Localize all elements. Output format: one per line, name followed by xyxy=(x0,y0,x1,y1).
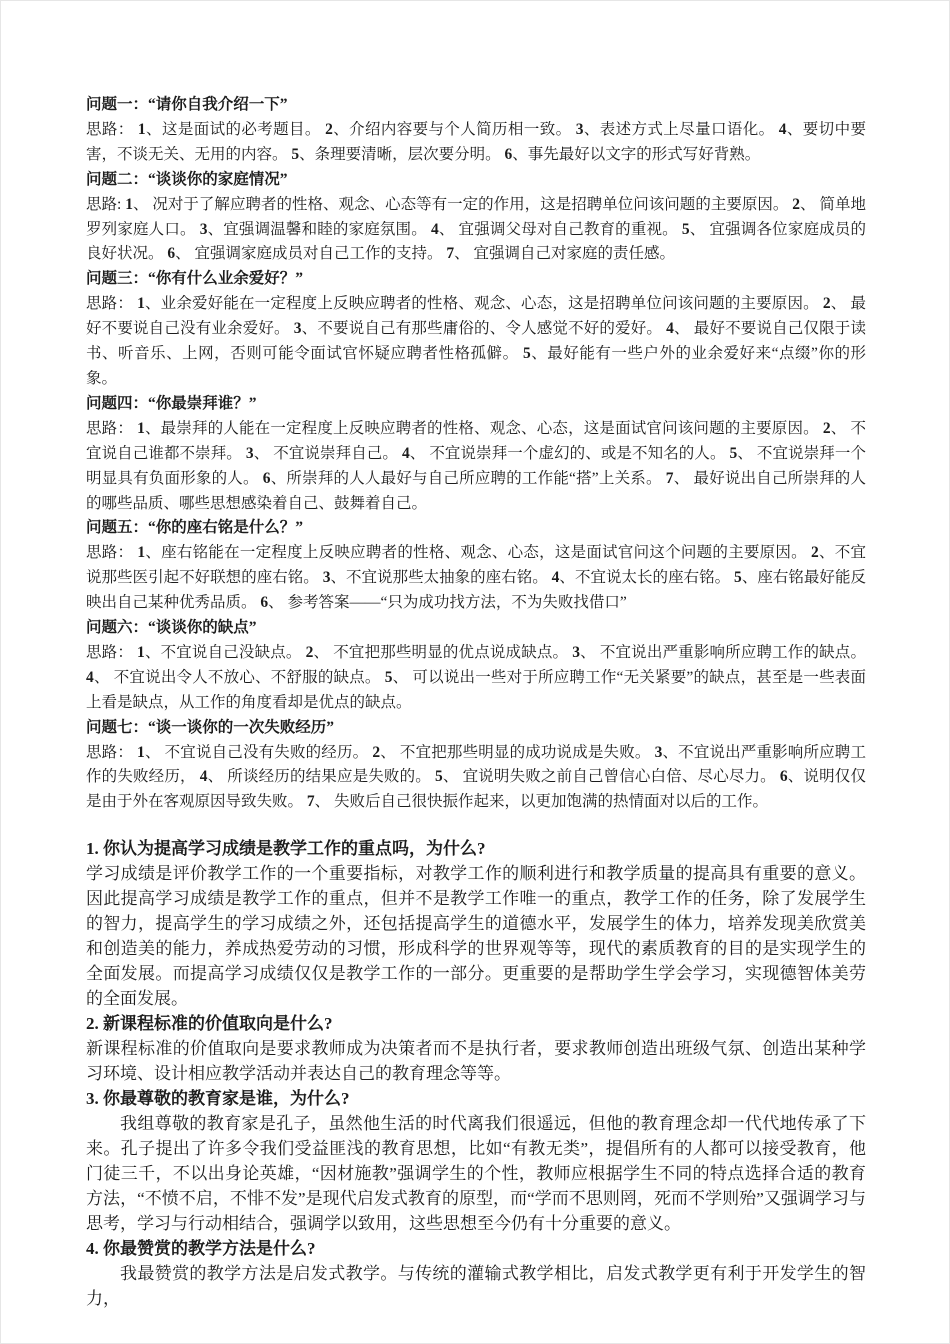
qa-answer: 我组尊敬的教育家是孔子，虽然他生活的时代离我们很遥远，但他的教育理念却一代代地传… xyxy=(86,1111,866,1236)
qa-question-text: 你最尊敬的教育家是谁，为什么? xyxy=(103,1089,350,1108)
question-heading: 问题七：“谈一谈你的一次失败经历” xyxy=(86,716,866,741)
qa-answer: 学习成绩是评价教学工作的一个重要指标，对教学工作的顺利进行和教学质量的提高具有重… xyxy=(86,861,866,1011)
qa-section: 3. 你最尊敬的教育家是谁，为什么?我组尊敬的教育家是孔子，虽然他生活的时代离我… xyxy=(86,1086,866,1236)
interview-section: 问题六：“谈谈你的缺点”思路： 1、不宜说自己没缺点。 2、 不宜把那些明显的优… xyxy=(86,616,866,716)
qa-number: 4. xyxy=(86,1239,99,1258)
question-tips: 思路： 1、业余爱好能在一定程度上反映应聘者的性格、观念、心态，这是招聘单位问该… xyxy=(86,292,866,392)
qa-number: 3. xyxy=(86,1089,99,1108)
interview-section: 问题二：“谈谈你的家庭情况”思路: 1、 况对于了解应聘者的性格、观念、心态等有… xyxy=(86,168,866,268)
qa-question-heading: 3. 你最尊敬的教育家是谁，为什么? xyxy=(86,1086,866,1111)
qa-section: 1. 你认为提高学习成绩是教学工作的重点吗，为什么?学习成绩是评价教学工作的一个… xyxy=(86,836,866,1011)
qa-question-text: 你最赞赏的教学方法是什么? xyxy=(103,1239,316,1258)
qa-question-heading: 1. 你认为提高学习成绩是教学工作的重点吗，为什么? xyxy=(86,836,866,861)
qa-answer: 新课程标准的价值取向是要求教师成为决策者而不是执行者，要求教师创造出班级气氛、创… xyxy=(86,1036,866,1086)
qa-question-text: 你认为提高学习成绩是教学工作的重点吗，为什么? xyxy=(103,839,486,858)
question-heading: 问题一：“请你自我介绍一下” xyxy=(86,93,866,118)
qa-section: 2. 新课程标准的价值取向是什么?新课程标准的价值取向是要求教师成为决策者而不是… xyxy=(86,1011,866,1086)
question-tips: 思路： 1、这是面试的必考题目。 2、介绍内容要与个人简历相一致。 3、表述方式… xyxy=(86,118,866,168)
question-tips: 思路： 1、不宜说自己没缺点。 2、 不宜把那些明显的优点说成缺点。 3、 不宜… xyxy=(86,641,866,716)
question-tips: 思路: 1、 况对于了解应聘者的性格、观念、心态等有一定的作用，这是招聘单位问该… xyxy=(86,193,866,268)
qa-number: 2. xyxy=(86,1014,99,1033)
qa-answer: 我最赞赏的教学方法是启发式教学。与传统的灌输式教学相比，启发式教学更有利于开发学… xyxy=(86,1261,866,1311)
question-heading: 问题五：“你的座右铭是什么？” xyxy=(86,516,866,541)
interview-section: 问题三：“你有什么业余爱好？”思路： 1、业余爱好能在一定程度上反映应聘者的性格… xyxy=(86,267,866,392)
teacher-qa: 1. 你认为提高学习成绩是教学工作的重点吗，为什么?学习成绩是评价教学工作的一个… xyxy=(86,836,866,1311)
interview-section: 问题五：“你的座右铭是什么？”思路： 1、座右铭能在一定程度上反映应聘者的性格、… xyxy=(86,516,866,616)
qa-question-heading: 2. 新课程标准的价值取向是什么? xyxy=(86,1011,866,1036)
question-heading: 问题四：“你最崇拜谁？” xyxy=(86,392,866,417)
interview-notes: 问题一：“请你自我介绍一下”思路： 1、这是面试的必考题目。 2、介绍内容要与个… xyxy=(86,93,866,815)
qa-question-heading: 4. 你最赞赏的教学方法是什么? xyxy=(86,1236,866,1261)
qa-section: 4. 你最赞赏的教学方法是什么?我最赞赏的教学方法是启发式教学。与传统的灌输式教… xyxy=(86,1236,866,1311)
question-heading: 问题二：“谈谈你的家庭情况” xyxy=(86,168,866,193)
question-tips: 思路： 1、 不宜说自己没有失败的经历。 2、 不宜把那些明显的成功说成是失败。… xyxy=(86,741,866,816)
document-page: 问题一：“请你自我介绍一下”思路： 1、这是面试的必考题目。 2、介绍内容要与个… xyxy=(0,0,950,1344)
qa-question-text: 新课程标准的价值取向是什么? xyxy=(103,1014,333,1033)
interview-section: 问题四：“你最崇拜谁？”思路： 1、最崇拜的人能在一定程度上反映应聘者的性格、观… xyxy=(86,392,866,517)
question-tips: 思路： 1、座右铭能在一定程度上反映应聘者的性格、观念、心态，这是面试官问这个问… xyxy=(86,541,866,616)
qa-number: 1. xyxy=(86,839,99,858)
interview-section: 问题一：“请你自我介绍一下”思路： 1、这是面试的必考题目。 2、介绍内容要与个… xyxy=(86,93,866,168)
question-tips: 思路： 1、最崇拜的人能在一定程度上反映应聘者的性格、观念、心态，这是面试官问该… xyxy=(86,417,866,517)
interview-section: 问题七：“谈一谈你的一次失败经历”思路： 1、 不宜说自己没有失败的经历。 2、… xyxy=(86,716,866,816)
document-content: 问题一：“请你自我介绍一下”思路： 1、这是面试的必考题目。 2、介绍内容要与个… xyxy=(86,93,866,1311)
question-heading: 问题三：“你有什么业余爱好？” xyxy=(86,267,866,292)
question-heading: 问题六：“谈谈你的缺点” xyxy=(86,616,866,641)
